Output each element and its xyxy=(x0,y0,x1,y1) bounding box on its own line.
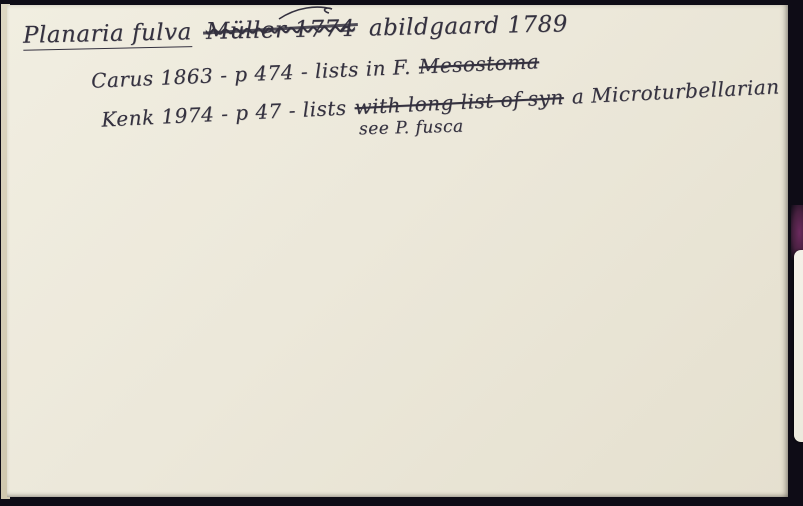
adjacent-card-edge xyxy=(794,250,803,442)
handwritten-line-1: Planaria fulvaMüller 1774abildgaard 1789 xyxy=(23,11,568,50)
struck-phrase: with long list of syn xyxy=(354,85,564,119)
struck-author: Müller 1774 xyxy=(206,16,356,45)
citation-carus: Carus 1863 - p 474 - lists in F. xyxy=(91,55,412,93)
microturbellarian-note: a Microturbellarian xyxy=(571,74,780,108)
species-title: Planaria fulva xyxy=(23,19,192,51)
handwritten-line-4: see P. fusca xyxy=(359,117,464,140)
accepted-author: abildgaard 1789 xyxy=(369,11,569,41)
struck-genus: Mesostoma xyxy=(418,49,539,78)
cross-reference: see P. fusca xyxy=(359,117,464,140)
scanned-index-card-photo: { "card": { "line1": { "species_title": … xyxy=(0,0,803,506)
citation-kenk: Kenk 1974 - p 47 - lists xyxy=(101,96,347,132)
index-card: Planaria fulvaMüller 1774abildgaard 1789… xyxy=(7,5,788,497)
handwritten-line-2: Carus 1863 - p 474 - lists in F.Mesostom… xyxy=(91,49,540,93)
